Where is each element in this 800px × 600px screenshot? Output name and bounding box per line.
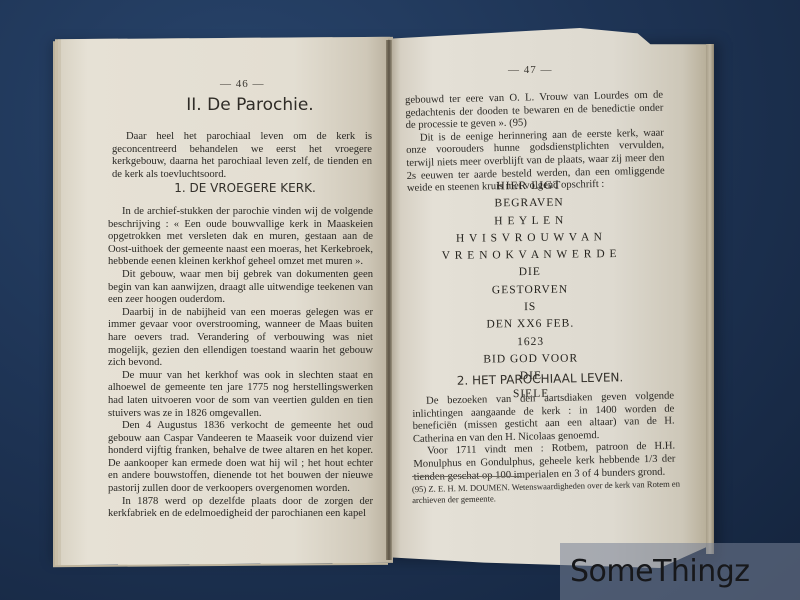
right-body: De bezoeken van den aartsdiaken geven vo… [412, 391, 676, 485]
inscription-line: HIER LIGT [429, 177, 629, 196]
left-body: In de archief-stukken der parochie vinde… [108, 206, 373, 521]
continuation-paragraph: gebouwd ter eere van O. L. Vrouw van Lou… [405, 90, 664, 133]
watermark-logo: SomeThingz [570, 554, 750, 589]
inscription-line: GESTORVEN [430, 281, 630, 300]
inscription-line: V R E N O K V A N W E R D E [430, 246, 630, 265]
paragraph: In de archief-stukken der parochie vinde… [108, 206, 373, 269]
chapter-title: II. De Parochie. [140, 95, 360, 115]
paragraph: Den 4 Augustus 1836 verkocht de gemeente… [108, 420, 373, 496]
inscription-line: DIE [430, 263, 630, 282]
paragraph: De muur van het kerkhof was ook in slech… [108, 370, 373, 420]
right-page-number: — 47 — [508, 64, 553, 76]
footnote-divider [412, 476, 522, 477]
inscription-line: BEGRAVEN [429, 194, 629, 213]
paragraph: Voor 1711 vindt men : Rotbem, patroon de… [413, 441, 676, 484]
inscription-line: H V I S V R O U W V A N [429, 229, 629, 248]
paragraph: De bezoeken van den aartsdiaken geven vo… [412, 391, 675, 447]
section-title-vroegere-kerk: 1. DE VROEGERE KERK. [150, 181, 340, 195]
inscription-line: IS [430, 298, 630, 317]
inscription-line: 1623 [430, 333, 630, 352]
inscription-line: BID GOD VOOR [431, 350, 631, 369]
left-page-number: — 46 — [220, 78, 265, 90]
book-gutter [386, 40, 392, 560]
left-intro: Daar heel het parochiaal leven om de ker… [112, 131, 372, 181]
paragraph: Dit gebouw, waar men bij gebrek van doku… [108, 269, 373, 307]
intro-paragraph: Daar heel het parochiaal leven om de ker… [112, 131, 372, 181]
paragraph: In 1878 werd op dezelfde plaats door de … [108, 496, 373, 521]
paragraph: Daarbij in de nabijheid van een moeras g… [108, 307, 373, 370]
inscription-line: H E Y L E N [429, 212, 629, 231]
inscription-line: DEN XX6 FEB. [430, 315, 630, 334]
